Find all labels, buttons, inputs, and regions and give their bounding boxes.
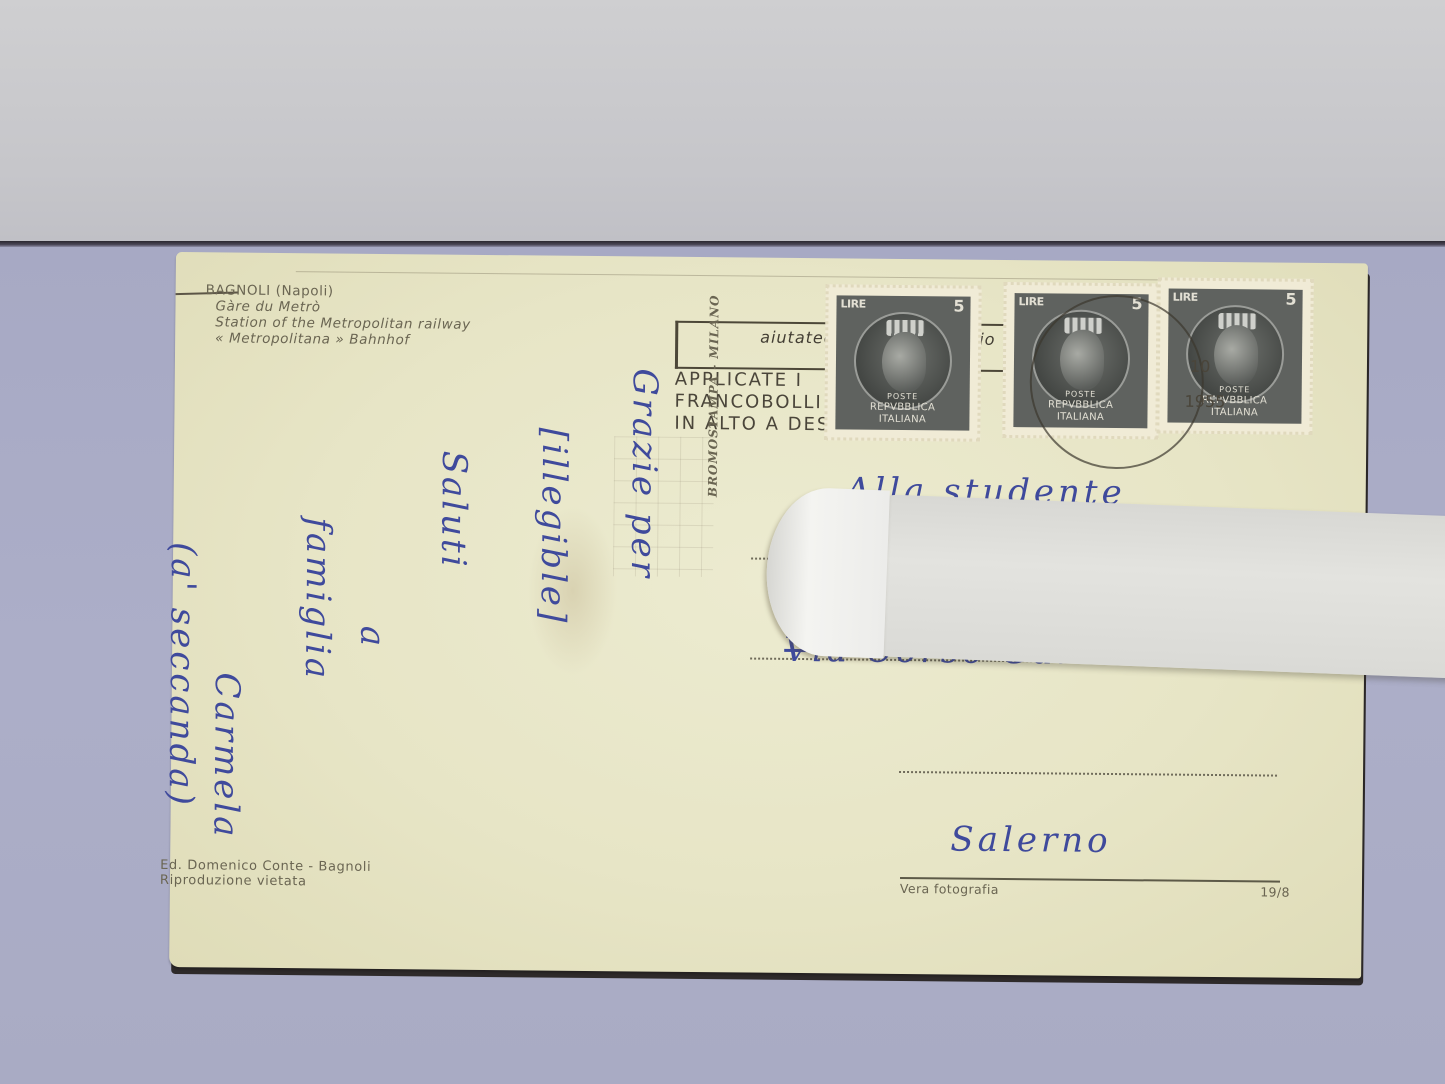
stamp: LIRE 5 POSTE REPVBBLICA ITALIANA (824, 284, 981, 441)
stamp-text: POSTE (836, 391, 970, 401)
letter-opener (764, 486, 1445, 681)
stamp-value: 5 (1285, 290, 1296, 309)
crease (296, 271, 1296, 282)
address-dotted-line (899, 771, 1277, 777)
letter-opener-tip (764, 486, 890, 658)
message-line: Carmela (205, 672, 247, 839)
printer-credit: BROMOSTAMPA - MILANO (706, 294, 722, 497)
message-line: a (352, 626, 392, 650)
postcard-footer: Vera fotografia 19/8 (900, 881, 1290, 900)
stamp-face: LIRE 5 POSTE REPVBBLICA ITALIANA (835, 295, 970, 430)
address-city: Salerno (950, 819, 1112, 861)
head-icon (882, 332, 927, 392)
catalog-number: 19/8 (1260, 884, 1290, 899)
head-icon (1214, 325, 1259, 385)
letter-opener-blade (862, 494, 1445, 679)
reproduction-notice: Riproduzione vietata (160, 873, 371, 890)
message-line: (a' seccanda) (161, 542, 204, 808)
postmark-cancel-ring (1029, 294, 1205, 470)
caption-german: « Metropolitana » Bahnhof (205, 330, 471, 349)
stamp-currency: LIRE (840, 297, 865, 310)
stamp-currency: LIRE (1019, 295, 1044, 308)
message-line: Grazie per (623, 368, 665, 580)
stamp-currency: LIRE (1173, 291, 1198, 304)
stamp-text: REPVBBLICA (835, 401, 969, 413)
postcard-caption: BAGNOLI (Napoli) Gàre du Metrò Station o… (205, 282, 471, 349)
publisher-credit: Ed. Domenico Conte - Bagnoli Riproduzion… (160, 858, 371, 890)
postmark-date: 10 (1190, 357, 1211, 376)
background-wall (0, 0, 1445, 243)
message-line: [illegible] (532, 427, 574, 625)
photo-type-label: Vera fotografia (900, 881, 999, 897)
stamp-value: 5 (953, 296, 964, 315)
postmark-year: 1955 (1185, 392, 1226, 411)
stamp-text: ITALIANA (835, 413, 969, 425)
message-line: Saluti (433, 450, 474, 569)
message-line: famiglia (297, 517, 339, 681)
